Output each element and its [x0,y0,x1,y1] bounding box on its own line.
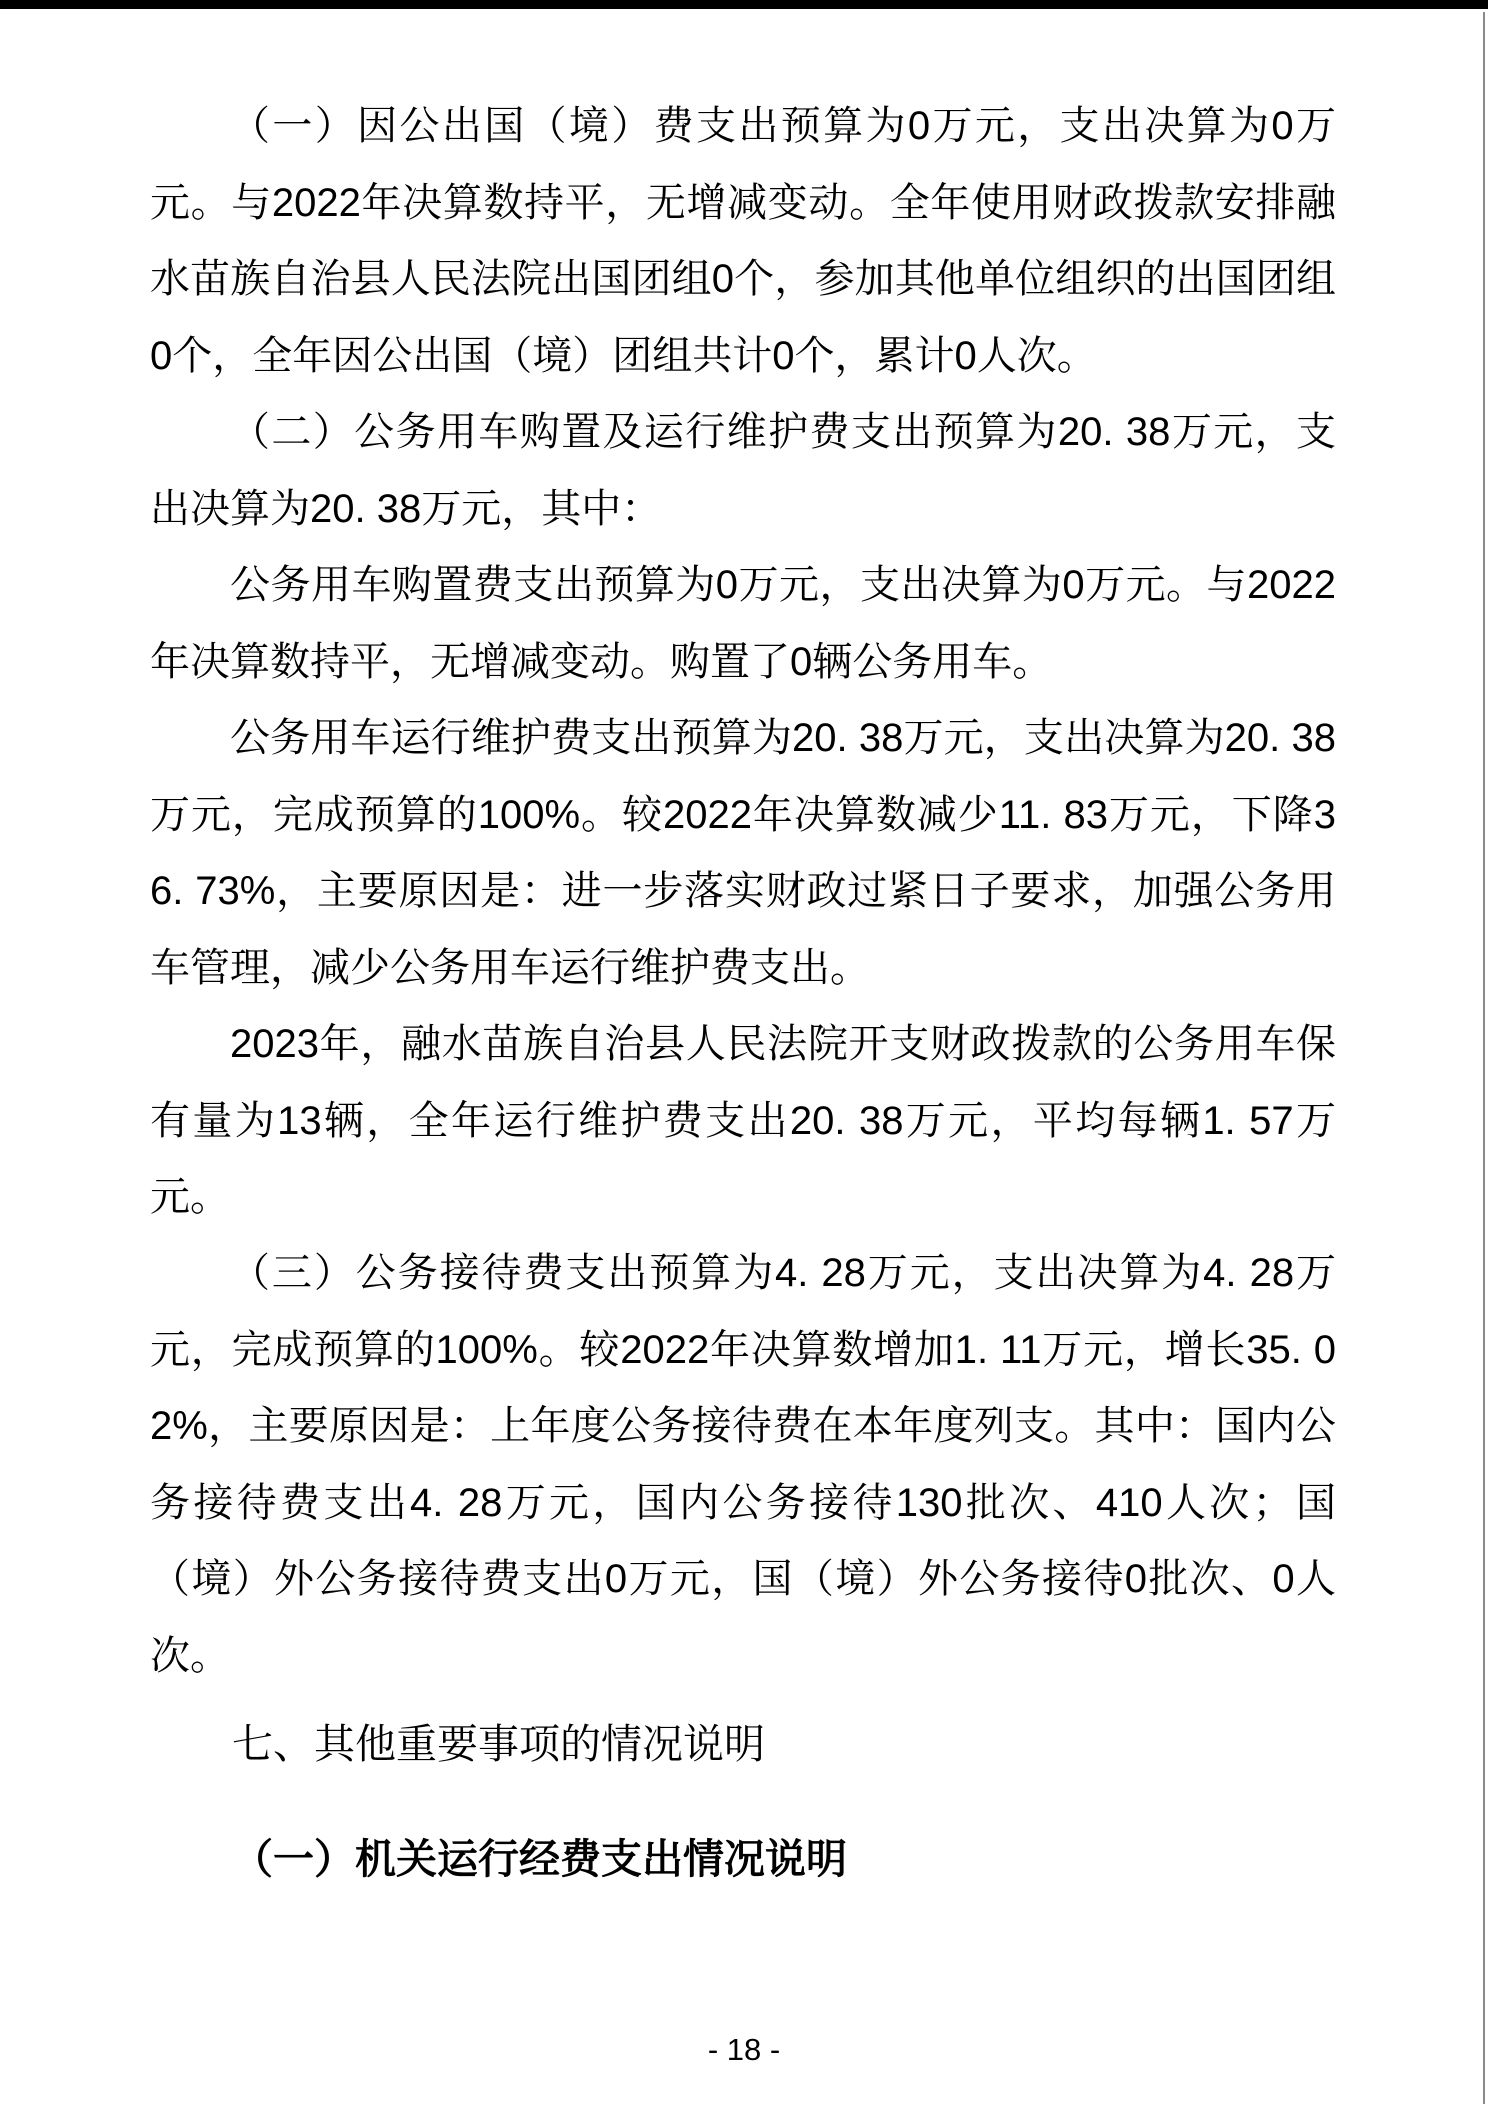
page-number: - 18 - [0,2030,1488,2070]
document-page: （一）因公出国（境）费支出预算为0万元，支出决算为0万元。与2022年决算数持平… [0,0,1488,2104]
top-border-bar [0,0,1488,9]
paragraph-official-reception: （三）公务接待费支出预算为4. 28万元，支出决算为4. 28万元，完成预算的1… [150,1235,1336,1694]
paragraph-vehicle-purchase-and-maintenance-total: （二）公务用车购置及运行维护费支出预算为20. 38万元，支出决算为20. 38… [150,394,1336,547]
heading-subsection-agency-operating-expenses: （一）机关运行经费支出情况说明 [150,1821,1336,1898]
paragraph-vehicle-fleet-summary: 2023年，融水苗族自治县人民法院开支财政拨款的公务用车保有量为13辆，全年运行… [150,1006,1336,1236]
paragraph-vehicle-maintenance: 公务用车运行维护费支出预算为20. 38万元，支出决算为20. 38万元，完成预… [150,700,1336,1006]
heading-section-seven-other-important-matters: 七、其他重要事项的情况说明 [150,1706,1336,1783]
right-edge-line [1483,12,1485,2104]
paragraph-official-overseas-travel: （一）因公出国（境）费支出预算为0万元，支出决算为0万元。与2022年决算数持平… [150,88,1336,394]
paragraph-vehicle-purchase: 公务用车购置费支出预算为0万元，支出决算为0万元。与2022年决算数持平，无增减… [150,547,1336,700]
